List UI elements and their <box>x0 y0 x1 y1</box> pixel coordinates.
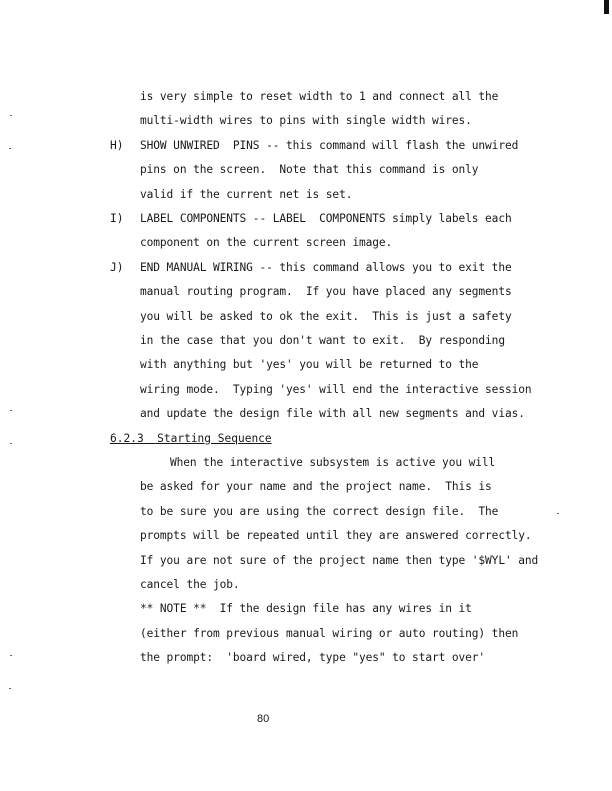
margin-speck <box>10 410 12 411</box>
margin-speck <box>10 115 12 116</box>
text-line: cancel the job. <box>140 578 240 591</box>
text-line: you will be asked to ok the exit. This i… <box>140 310 512 323</box>
margin-speck <box>10 655 12 656</box>
margin-speck <box>10 443 12 444</box>
text-line: wiring mode. Typing 'yes' will end the i… <box>140 383 532 396</box>
item-label: H) <box>110 139 123 152</box>
text-line: is very simple to reset width to 1 and c… <box>140 90 498 103</box>
text-line: When the interactive subsystem is active… <box>170 456 495 469</box>
text-line: be asked for your name and the project n… <box>140 480 492 493</box>
margin-speck <box>9 148 11 149</box>
text-line: If you are not sure of the project name … <box>140 554 538 567</box>
text-line: SHOW UNWIRED PINS -- this command will f… <box>140 139 518 152</box>
text-line: pins on the screen. Note that this comma… <box>140 163 478 176</box>
text-line: END MANUAL WIRING -- this command allows… <box>140 261 512 274</box>
page-number: 80 <box>257 713 269 725</box>
text-line: (either from previous manual wiring or a… <box>140 627 518 640</box>
text-line: ** NOTE ** If the design file has any wi… <box>140 602 472 615</box>
text-line: LABEL COMPONENTS -- LABEL COMPONENTS sim… <box>140 212 512 225</box>
item-label: J) <box>110 261 123 274</box>
item-label: I) <box>110 212 123 225</box>
text-line: prompts will be repeated until they are … <box>140 529 532 542</box>
text-line: component on the current screen image. <box>140 236 392 249</box>
margin-speck <box>557 513 559 514</box>
text-line: valid if the current net is set. <box>140 188 352 201</box>
margin-speck <box>9 688 11 689</box>
text-line: multi-width wires to pins with single wi… <box>140 114 472 127</box>
text-line: manual routing program. If you have plac… <box>140 285 512 298</box>
text-line: to be sure you are using the correct des… <box>140 505 498 518</box>
text-line: and update the design file with all new … <box>140 407 525 420</box>
text-line: in the case that you don't want to exit.… <box>140 334 505 347</box>
text-line: the prompt: 'board wired, type "yes" to … <box>140 651 485 664</box>
text-line: with anything but 'yes' you will be retu… <box>140 358 478 371</box>
corner-mark <box>604 0 609 14</box>
section-heading: 6.2.3 Starting Sequence <box>110 432 272 445</box>
